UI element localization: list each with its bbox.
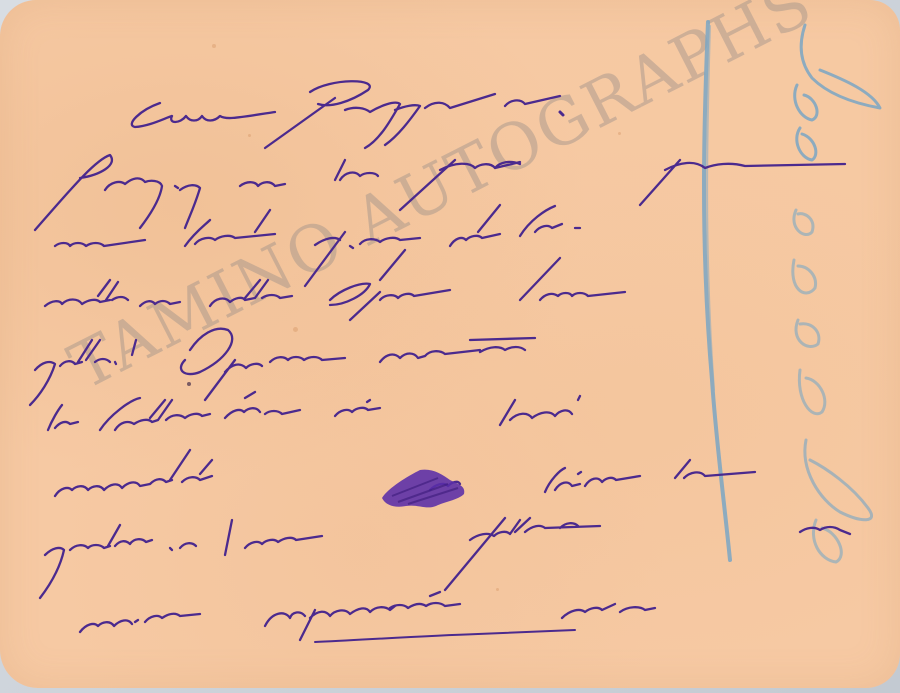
document-viewport: caro Pozzoli. Grazioso mi ha fatto fare …: [0, 0, 900, 693]
letter-card: caro Pozzoli. Grazioso mi ha fatto fare …: [0, 0, 900, 688]
ink-blot-crossed-out: [378, 466, 470, 512]
handwritten-ink-strokes: [0, 0, 900, 688]
